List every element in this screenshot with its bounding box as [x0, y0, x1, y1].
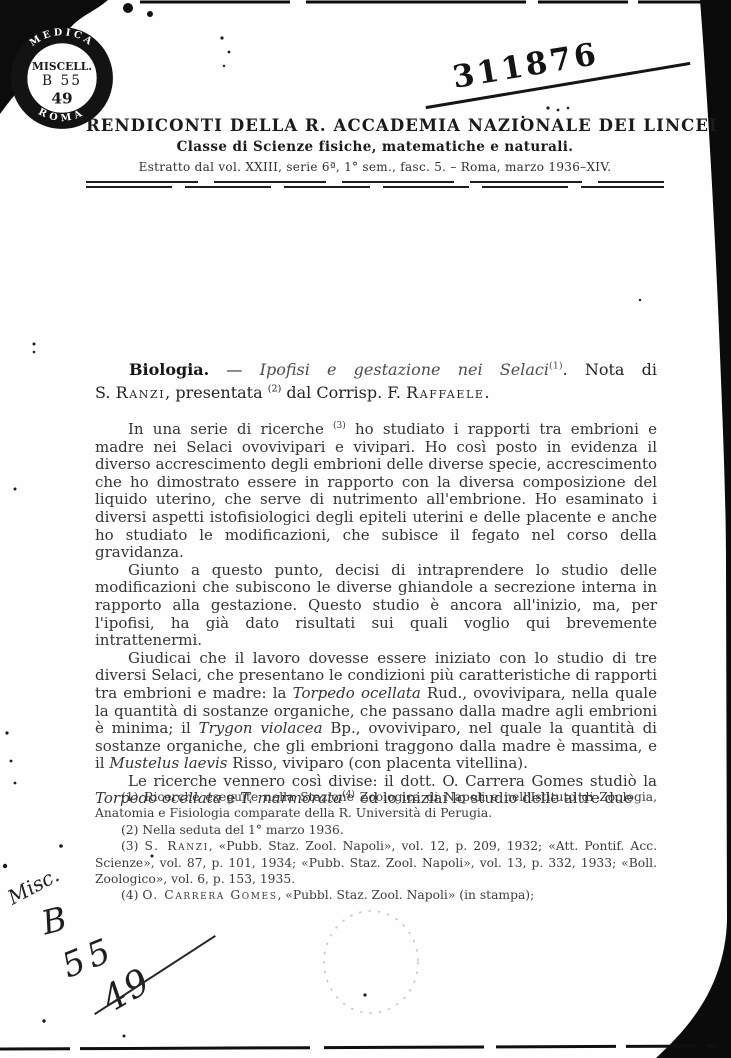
stamp-line-2: B 55 [42, 73, 82, 89]
handwritten-b: B [38, 899, 71, 943]
article-title-line-1: Biologia. — Ipofisi e gestazione nei Sel… [95, 358, 657, 381]
article-body: In una serie di ricerche (3) ho studiato… [95, 421, 657, 808]
footnote-4: (4) O. Carrera Gomes, «Pubbl. Staz. Zool… [95, 887, 657, 903]
scanned-paper-page: 311876 RENDICONTI DELLA R. ACCADEMIA NAZ… [0, 0, 731, 1058]
species-name-italic: Mustelus laevis [109, 754, 227, 772]
accession-number: 311876 [450, 36, 601, 96]
header-block: RENDICONTI DELLA R. ACCADEMIA NAZIONALE … [86, 116, 664, 188]
em-dash: — [209, 360, 259, 379]
byline-mid: , presentata [165, 383, 268, 402]
species-name-italic: Torpedo ocellata [293, 684, 421, 702]
author-initial: S. [95, 383, 116, 402]
issue-line: Estratto dal vol. XXIII, serie 6ª, 1° se… [86, 160, 664, 174]
species-name-italic: Trygon violacea [199, 719, 323, 737]
rule-bottom [86, 186, 664, 188]
text-run: Le ricerche vennero così divise: il dott… [128, 772, 657, 790]
footnote-1: (1) Ricerche eseguite nella Stazione Zoo… [95, 789, 657, 822]
journal-title: RENDICONTI DELLA R. ACCADEMIA NAZIONALE … [86, 116, 664, 135]
journal-subtitle: Classe di Scienze fisiche, matematiche e… [86, 139, 664, 155]
presenter-name: Raffaele [406, 383, 484, 402]
text-run: ho studiato i rapporti tra embrioni e ma… [95, 420, 657, 561]
text-run: Giunto a questo punto, decisi di intrapr… [95, 561, 657, 649]
text-run: Risso, viviparo (con placenta vitellina)… [228, 754, 528, 772]
scan-speckle [123, 3, 133, 13]
citation-text: , «Pubbl. Staz. Zool. Napoli» (in stampa… [277, 888, 534, 902]
author-name: Ranzi [116, 383, 166, 402]
library-stamp: MEDICA ROMA MISCELL. B 55 49 [6, 22, 118, 134]
scan-artifact-right-edge [656, 0, 731, 1058]
footnote-3: (3) S. Ranzi, «Pubb. Staz. Zool. Napoli»… [95, 838, 657, 887]
stamp-line-3: 49 [51, 89, 72, 107]
rule-top [86, 181, 664, 183]
footnote-2: (2) Nella seduta del 1° marzo 1936. [95, 822, 657, 838]
footnote-number: (3) [121, 839, 145, 853]
title-suffix: . Nota di [563, 360, 657, 379]
body-paragraph-2: Giunto a questo punto, decisi di intrapr… [95, 562, 657, 650]
footnote-ref-2: (2) [268, 384, 282, 395]
byline-mid-2: dal Corrisp. F. [281, 383, 406, 402]
body-paragraph-1: In una serie di ricerche (3) ho studiato… [95, 421, 657, 562]
footnote-ref-1: (1) [549, 361, 563, 372]
footnote-number: (4) [121, 888, 142, 902]
article-title-italic: Ipofisi e gestazione nei Selaci [260, 360, 549, 379]
cited-author-name: O. Carrera Gomes [142, 888, 277, 902]
scan-artifact-bottom-edge [0, 1046, 716, 1049]
header-double-rule [86, 181, 664, 188]
stamp-line-1: MISCELL. [32, 60, 92, 73]
section-label: Biologia. [129, 360, 209, 379]
byline-end: . [485, 383, 490, 402]
article-title-block: Biologia. — Ipofisi e gestazione nei Sel… [95, 358, 657, 404]
body-paragraph-3: Giudicai che il lavoro dovesse essere in… [95, 650, 657, 773]
article-title-line-2: S. Ranzi, presentata (2) dal Corrisp. F.… [95, 381, 657, 404]
cited-author-name: S. Ranzi [145, 839, 209, 853]
text-run: In una serie di ricerche [128, 420, 333, 438]
footnote-ref-3: (3) [333, 421, 346, 431]
footnotes-block: (1) Ricerche eseguite nella Stazione Zoo… [95, 789, 657, 904]
scan-speckle [147, 11, 153, 17]
faint-stamp-circle [324, 911, 418, 1013]
